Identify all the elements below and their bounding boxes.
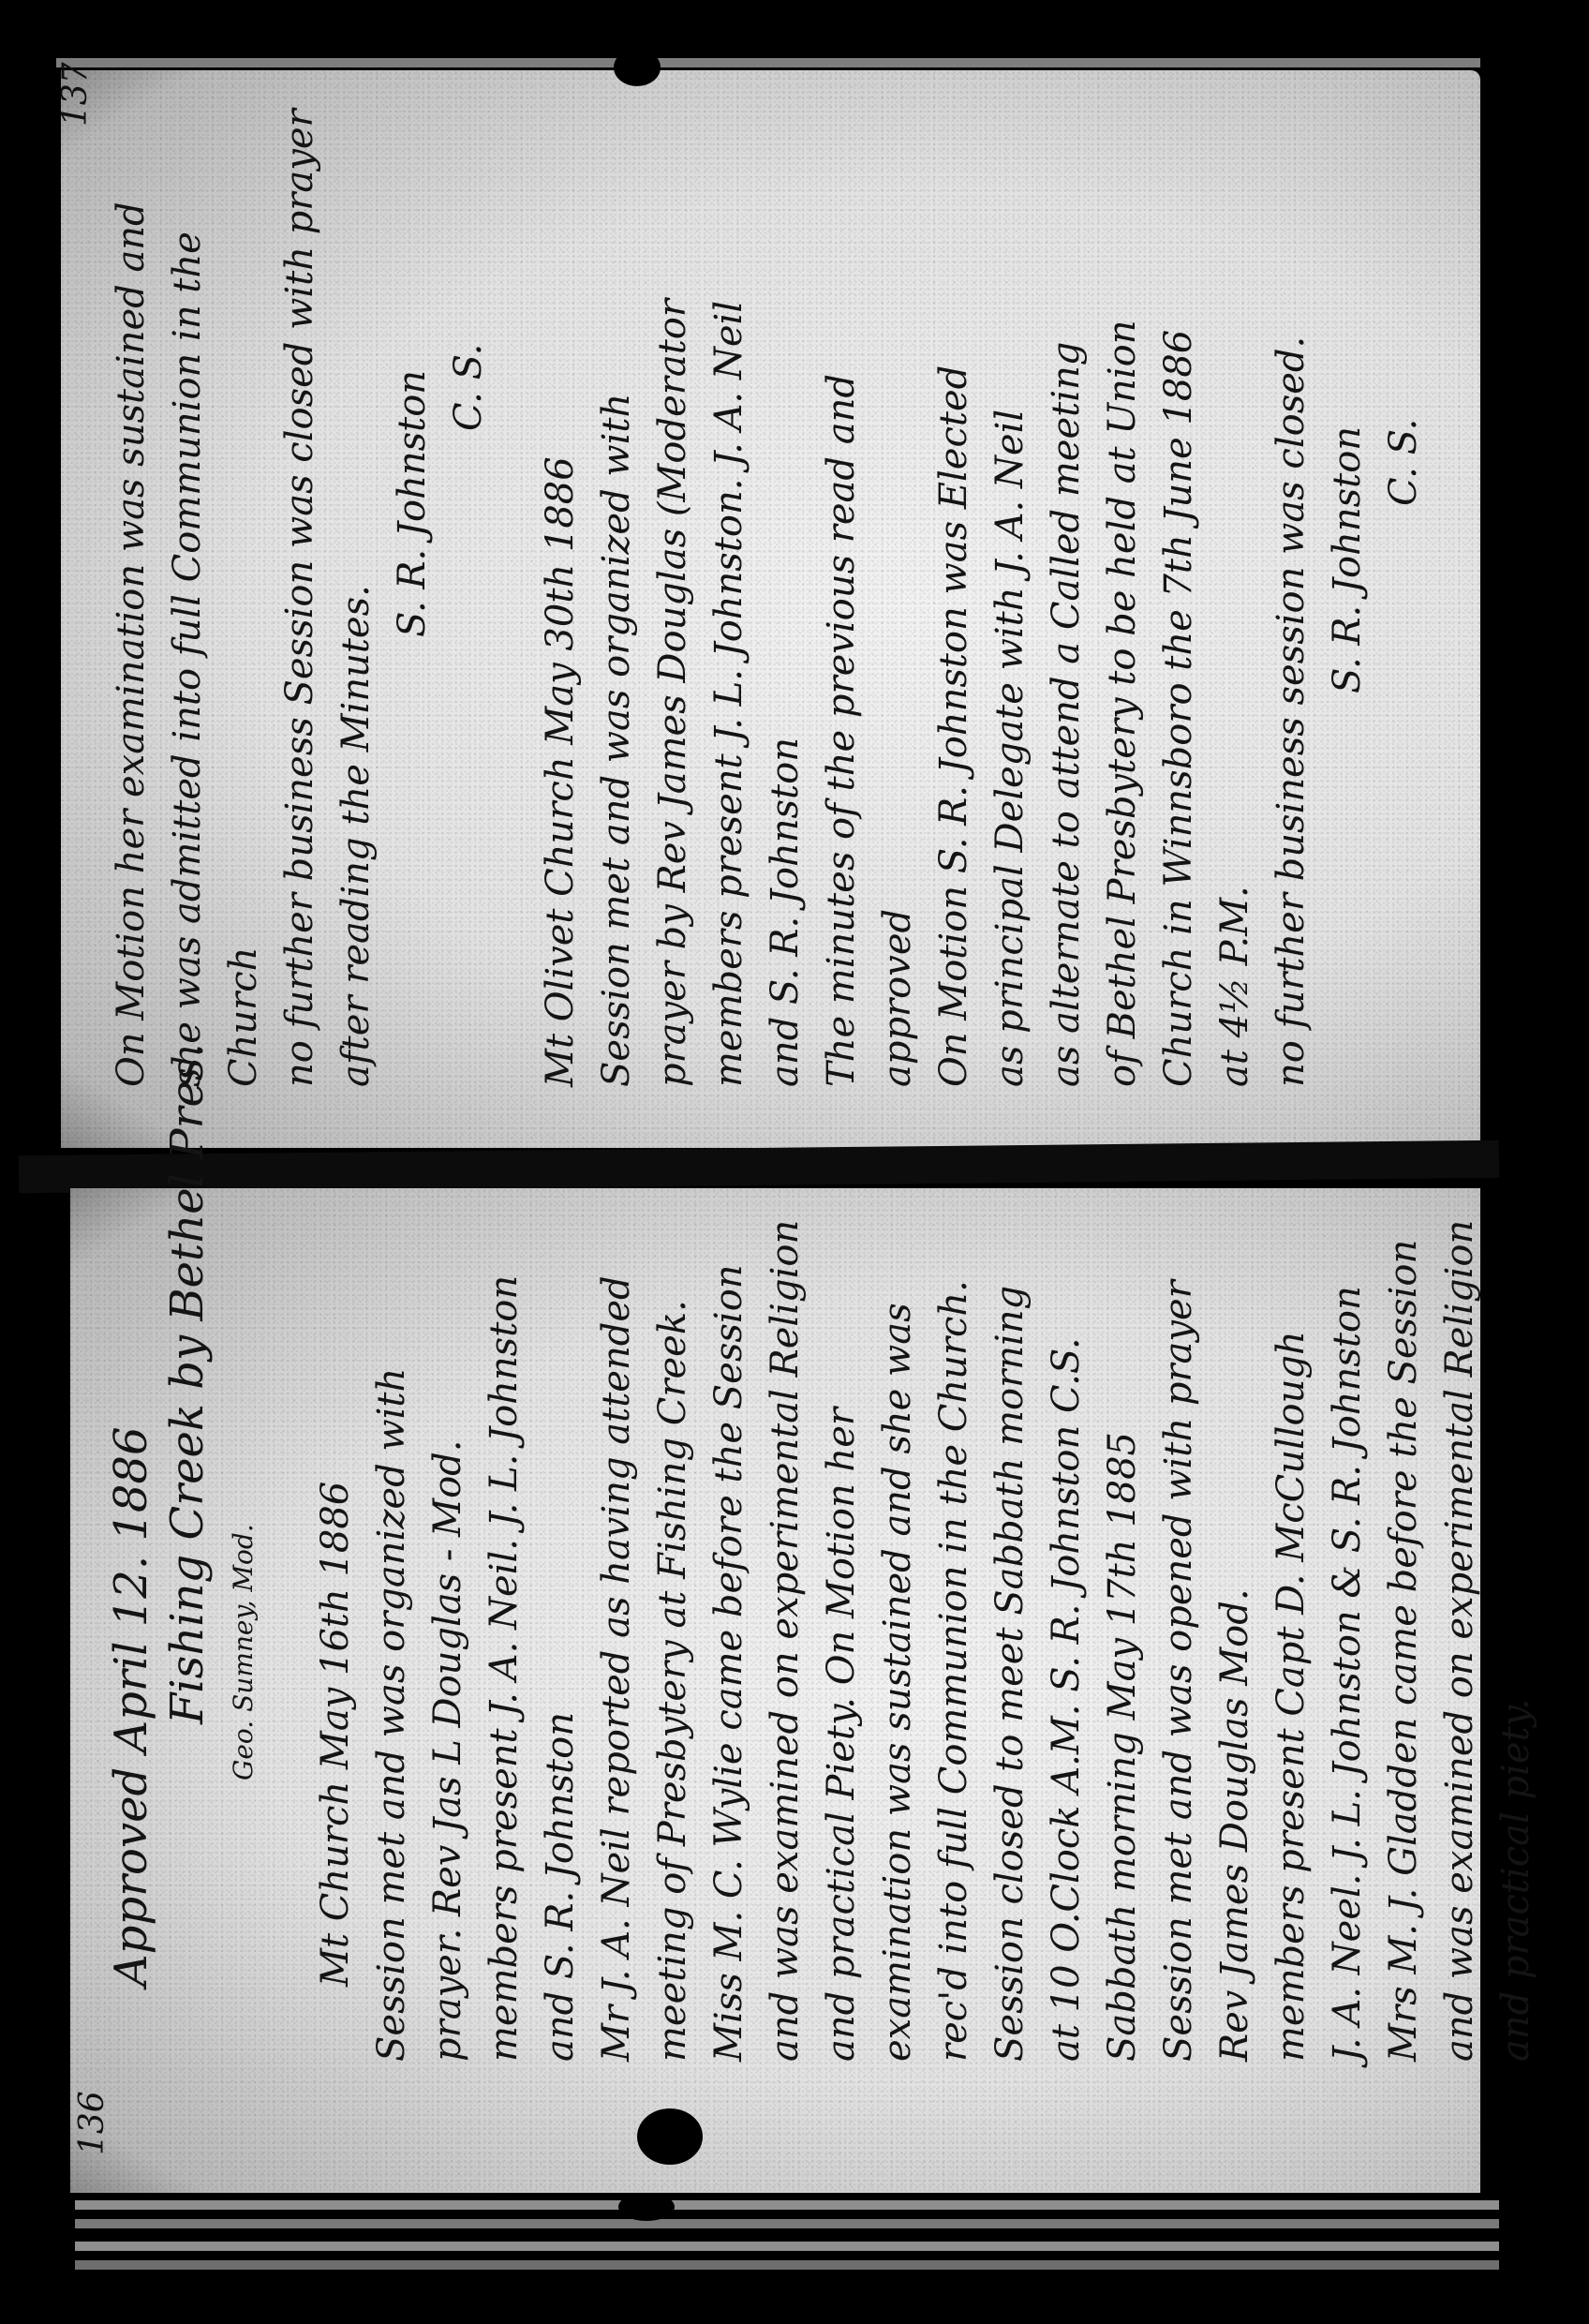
minute-line: as principal Delegate with J. A. Neil	[982, 94, 1038, 1087]
minute-line: and S. R. Johnston	[757, 94, 813, 1087]
minute-line: Miss M. C. Wylie came before the Session	[701, 1218, 757, 2062]
binding-strip	[75, 2242, 1499, 2251]
minute-line: and practical Piety. On Motion her	[813, 1218, 869, 2062]
minute-line: Session met and was opened with prayer	[1151, 1218, 1207, 2062]
minute-line: and was examined on experimental Religio…	[1432, 1218, 1488, 2062]
minute-line: of Bethel Presbytery to be held at Union	[1094, 94, 1151, 1087]
minute-line: and S. R. Johnston	[532, 1218, 588, 2062]
minute-line: Session closed to meet Sabbath morning	[982, 1218, 1038, 2062]
minute-line: members present J. A. Neil. J. L. Johnst…	[476, 1218, 532, 2062]
minute-line: and was examined on experimental Religio…	[757, 1218, 813, 2062]
page-137-text: On Motion her examination was sustained …	[103, 94, 1432, 1087]
minute-line: no further business Session was closed w…	[272, 94, 328, 1087]
minute-line: meeting of Presbytery at Fishing Creek.	[645, 1218, 701, 2062]
entry-heading: Mt Olivet Church May 30th 1886	[532, 94, 588, 1087]
minute-line: prayer. Rev Jas L Douglas - Mod.	[420, 1218, 476, 2062]
approval-heading: Fishing Creek by Bethel Pres.	[159, 1218, 215, 2062]
minute-line: prayer by Rev James Douglas (Moderator	[645, 94, 701, 1087]
minute-line: The minutes of the previous read and	[813, 94, 869, 1087]
minute-line: rec'd into full Communion in the Church.	[926, 1218, 982, 2062]
minute-line: Mr J. A. Neil reported as having attende…	[588, 1218, 645, 2062]
minute-line: she was admitted into full Communion in …	[159, 94, 215, 1087]
minute-line: members present Capt D. McCullough	[1263, 1218, 1319, 2062]
page-136-text: Approved April 12. 1886 Fishing Creek by…	[103, 1218, 1544, 2062]
minute-line: approved	[869, 94, 926, 1087]
minute-line: Church in Winnsboro the 7th June 1886	[1151, 94, 1207, 1087]
minute-line: Church	[215, 94, 272, 1087]
binding-strip	[75, 2219, 1499, 2228]
minute-line: at 4½ P.M.	[1207, 94, 1263, 1087]
minute-line: Rev James Douglas Mod.	[1207, 1218, 1263, 2062]
minute-line: at 10 O.Clock A.M. S. R. Johnston C.S.	[1038, 1218, 1094, 2062]
page-number-137: 137	[56, 62, 95, 127]
minute-line: members present J. L. Johnston. J. A. Ne…	[701, 94, 757, 1087]
entry-heading: Mt Church May 16th 1886	[307, 1218, 364, 2062]
book-gutter	[19, 1140, 1499, 1194]
minute-line: after reading the Minutes.	[328, 94, 384, 1087]
minute-line: and practical piety.	[1488, 1218, 1544, 2062]
approval-moderator: Geo. Sumney, Mod.	[215, 1218, 272, 2062]
minute-line: as alternate to attend a Called meeting	[1038, 94, 1094, 1087]
binding-strip	[75, 2200, 1499, 2210]
minute-line: Session met and was organized with	[364, 1218, 420, 2062]
minute-line: examination was sustained and she was	[869, 1218, 926, 2062]
page-clip-icon	[618, 2193, 675, 2221]
book-top-edge	[56, 58, 1480, 67]
minute-line: Sabbath morning May 17th 1885	[1094, 1218, 1151, 2062]
minute-line: J. A. Neel. J. L. Johnston & S. R. Johns…	[1319, 1218, 1375, 2062]
clerk-title: C. S.	[1375, 94, 1432, 1087]
approval-heading: Approved April 12. 1886	[103, 1218, 159, 2062]
binding-strip	[75, 2260, 1499, 2270]
page-clip-icon	[614, 49, 661, 86]
clerk-signature: S. R. Johnston	[1319, 94, 1375, 1087]
minute-line: Session met and was organized with	[588, 94, 645, 1087]
minute-line: Mrs M. J. Gladden came before the Sessio…	[1375, 1218, 1432, 2062]
clerk-signature: S. R. Johnston	[384, 94, 440, 1087]
clerk-title: C. S.	[440, 94, 497, 1087]
minute-line: On Motion her examination was sustained …	[103, 94, 159, 1087]
page-number-136: 136	[73, 2091, 111, 2155]
minute-line: On Motion S. R. Johnston was Elected	[926, 94, 982, 1087]
minute-line: no further business session was closed.	[1263, 94, 1319, 1087]
page-clip-icon	[637, 2108, 703, 2165]
